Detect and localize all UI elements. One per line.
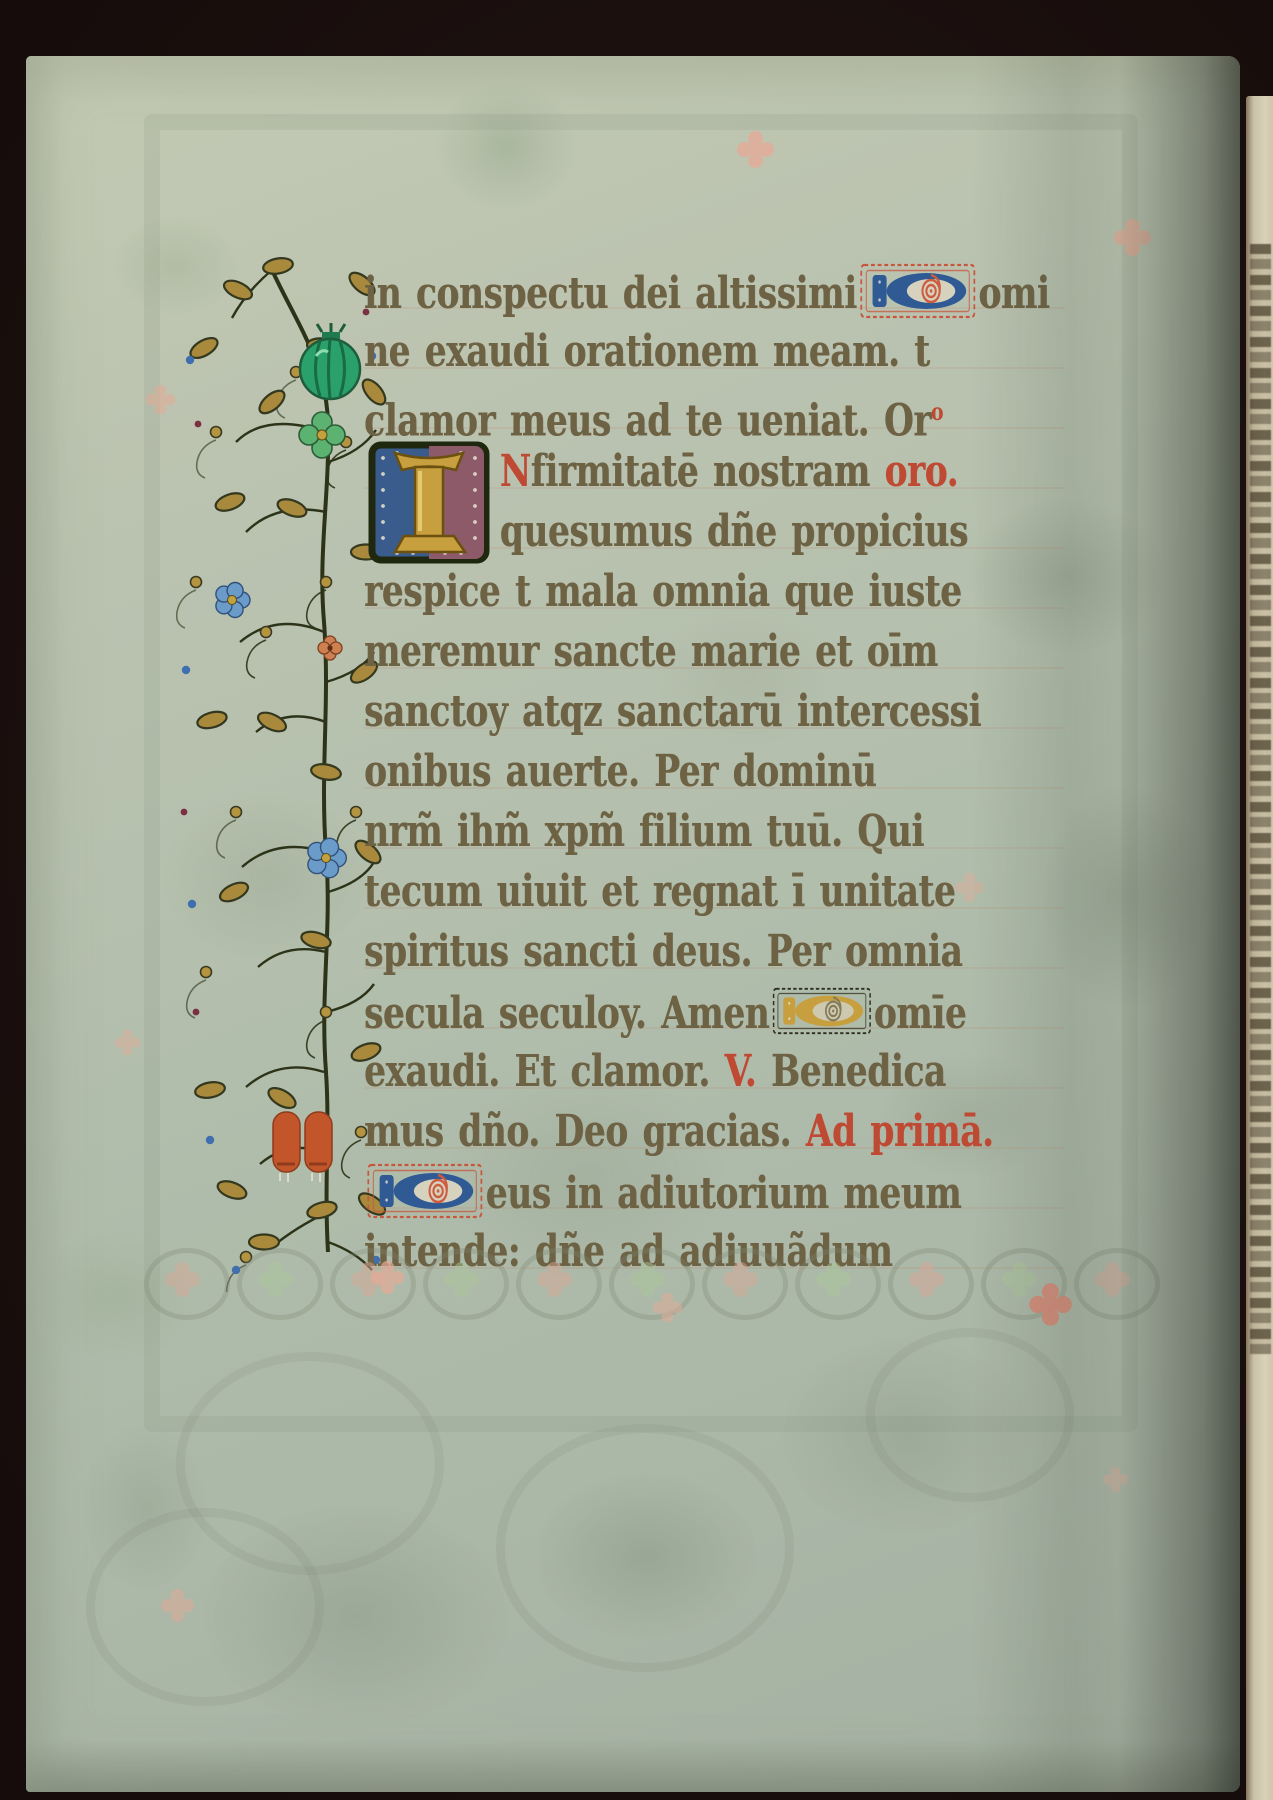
band-medallion bbox=[237, 1248, 323, 1320]
text-line: respice t mala omnia que iuste bbox=[364, 562, 910, 622]
quatrefoil-flower bbox=[299, 412, 345, 458]
initial-letter: D bbox=[772, 1040, 773, 1041]
quatrefoil-stain bbox=[662, 1302, 674, 1314]
band-flower bbox=[640, 1272, 655, 1287]
text-segment: N bbox=[500, 446, 531, 497]
text-segment: oro. bbox=[884, 446, 958, 497]
quatrefoil-stain bbox=[748, 142, 763, 157]
text-segment: tecum uiuit et regnat ī unitate bbox=[364, 866, 955, 917]
manuscript-page: in conspectu dei altissimi Domine exaudi… bbox=[26, 56, 1240, 1792]
text-segment: Benedica bbox=[771, 1046, 946, 1097]
bleedthrough-text bbox=[1250, 244, 1271, 1354]
text-segment: exaudi. Et clamor. bbox=[364, 1046, 725, 1097]
band-flower bbox=[733, 1272, 748, 1287]
text-line: mus dño. Deo gracias. Ad primā. bbox=[364, 1102, 910, 1162]
text-segment: sanctoy atqz sanctarū intercessi bbox=[364, 686, 981, 737]
band-flower bbox=[175, 1272, 190, 1287]
text-segment: mus dño. Deo gracias. bbox=[364, 1106, 806, 1157]
text-block: in conspectu dei altissimi Domine exaudi… bbox=[364, 262, 1064, 1282]
next-page-edge bbox=[1246, 96, 1273, 1800]
text-segment: spiritus sancti deus. Per omnia bbox=[364, 926, 962, 977]
band-flower bbox=[361, 1272, 376, 1287]
text-segment: omīe bbox=[874, 988, 967, 1039]
text-segment: meremur sancte marie et oīm bbox=[364, 626, 938, 677]
text-segment: in conspectu dei altissimi bbox=[364, 268, 857, 319]
text-segment: V. bbox=[725, 1046, 771, 1097]
text-segment: eus in adiutorium meum bbox=[486, 1168, 961, 1219]
photographed-manuscript: { "document": { "type": "illuminated_man… bbox=[0, 0, 1273, 1800]
text-line: exaudi. Et clamor. V. Benedica bbox=[364, 1042, 910, 1102]
orange-flower bbox=[318, 636, 342, 660]
quatrefoil-stain bbox=[171, 1599, 185, 1613]
band-medallion bbox=[609, 1248, 695, 1320]
text-segment: clamor meus ad te ueniat. Or bbox=[364, 396, 931, 447]
band-medallion bbox=[516, 1248, 602, 1320]
floral-border bbox=[176, 252, 388, 1292]
showthrough-medallion bbox=[866, 1328, 1074, 1502]
illuminated-initial-D: D bbox=[859, 262, 976, 320]
band-medallion bbox=[423, 1248, 509, 1320]
band-flower bbox=[826, 1272, 841, 1287]
band-medallion bbox=[888, 1248, 974, 1320]
band-medallion bbox=[1074, 1248, 1160, 1320]
quatrefoil-stain bbox=[1125, 230, 1140, 245]
text-segment: firmitatē nostram bbox=[531, 446, 885, 497]
initial-letter: D bbox=[366, 1220, 367, 1221]
illuminated-initial-D: D bbox=[366, 1162, 483, 1220]
text-line: secula seculoy. Amen Domīe bbox=[364, 982, 910, 1042]
quatrefoil-stain bbox=[381, 1271, 395, 1285]
text-line: clamor meus ad te ueniat. Oro bbox=[364, 382, 910, 442]
band-flower bbox=[268, 1272, 283, 1287]
band-flower bbox=[454, 1272, 469, 1287]
text-line: meremur sancte marie et oīm bbox=[364, 622, 910, 682]
band-flower bbox=[919, 1272, 934, 1287]
text-segment: secula seculoy. Amen bbox=[364, 988, 769, 1039]
text-segment: o bbox=[931, 397, 943, 426]
band-flower bbox=[1012, 1272, 1027, 1287]
quatrefoil-stain bbox=[1110, 1474, 1121, 1485]
blue-flower bbox=[216, 583, 250, 618]
text-segment: onibus auerte. Per dominū bbox=[364, 746, 876, 797]
initial-letter: D bbox=[859, 320, 860, 321]
band-flower bbox=[547, 1272, 562, 1287]
text-segment: omi bbox=[978, 268, 1049, 319]
pomegranate bbox=[300, 323, 360, 399]
quatrefoil-stain bbox=[155, 394, 167, 406]
ornamental-band bbox=[144, 1242, 1096, 1326]
band-medallion bbox=[702, 1248, 788, 1320]
text-line: spiritus sancti deus. Per omnia bbox=[364, 922, 910, 982]
band-medallion bbox=[795, 1248, 881, 1320]
text-line: Deus in adiutorium meum bbox=[364, 1162, 910, 1222]
text-segment: nrm̃ ihm̃ xpm̃ filium tuū. Qui bbox=[364, 806, 924, 857]
band-medallion bbox=[144, 1248, 230, 1320]
text-line: in conspectu dei altissimi Domi bbox=[364, 262, 910, 322]
blue-flower bbox=[308, 838, 346, 877]
text-segment: quesumus dñe propicius bbox=[500, 506, 968, 557]
illuminated-initial-I: I bbox=[367, 440, 491, 565]
band-flower bbox=[1105, 1272, 1120, 1287]
text-line: ne exaudi orationem meam. t bbox=[364, 322, 910, 382]
text-line: tecum uiuit et regnat ī unitate bbox=[364, 862, 910, 922]
quatrefoil-stain bbox=[1042, 1296, 1059, 1313]
text-line: sanctoy atqz sanctarū intercessi bbox=[364, 682, 910, 742]
text-line: onibus auerte. Per dominū bbox=[364, 742, 910, 802]
showthrough-medallion bbox=[496, 1424, 794, 1672]
showthrough-medallion bbox=[86, 1508, 324, 1706]
text-segment: ne exaudi orationem meam. t bbox=[364, 326, 930, 377]
text-segment: respice t mala omnia que iuste bbox=[364, 566, 962, 617]
band-medallion bbox=[330, 1248, 416, 1320]
illuminated-initial-D: D bbox=[772, 982, 872, 1040]
quatrefoil-stain bbox=[964, 882, 976, 894]
text-segment: Ad primā. bbox=[806, 1106, 994, 1157]
quatrefoil-stain bbox=[122, 1037, 133, 1048]
text-line: nrm̃ ihm̃ xpm̃ filium tuū. Qui bbox=[364, 802, 910, 862]
